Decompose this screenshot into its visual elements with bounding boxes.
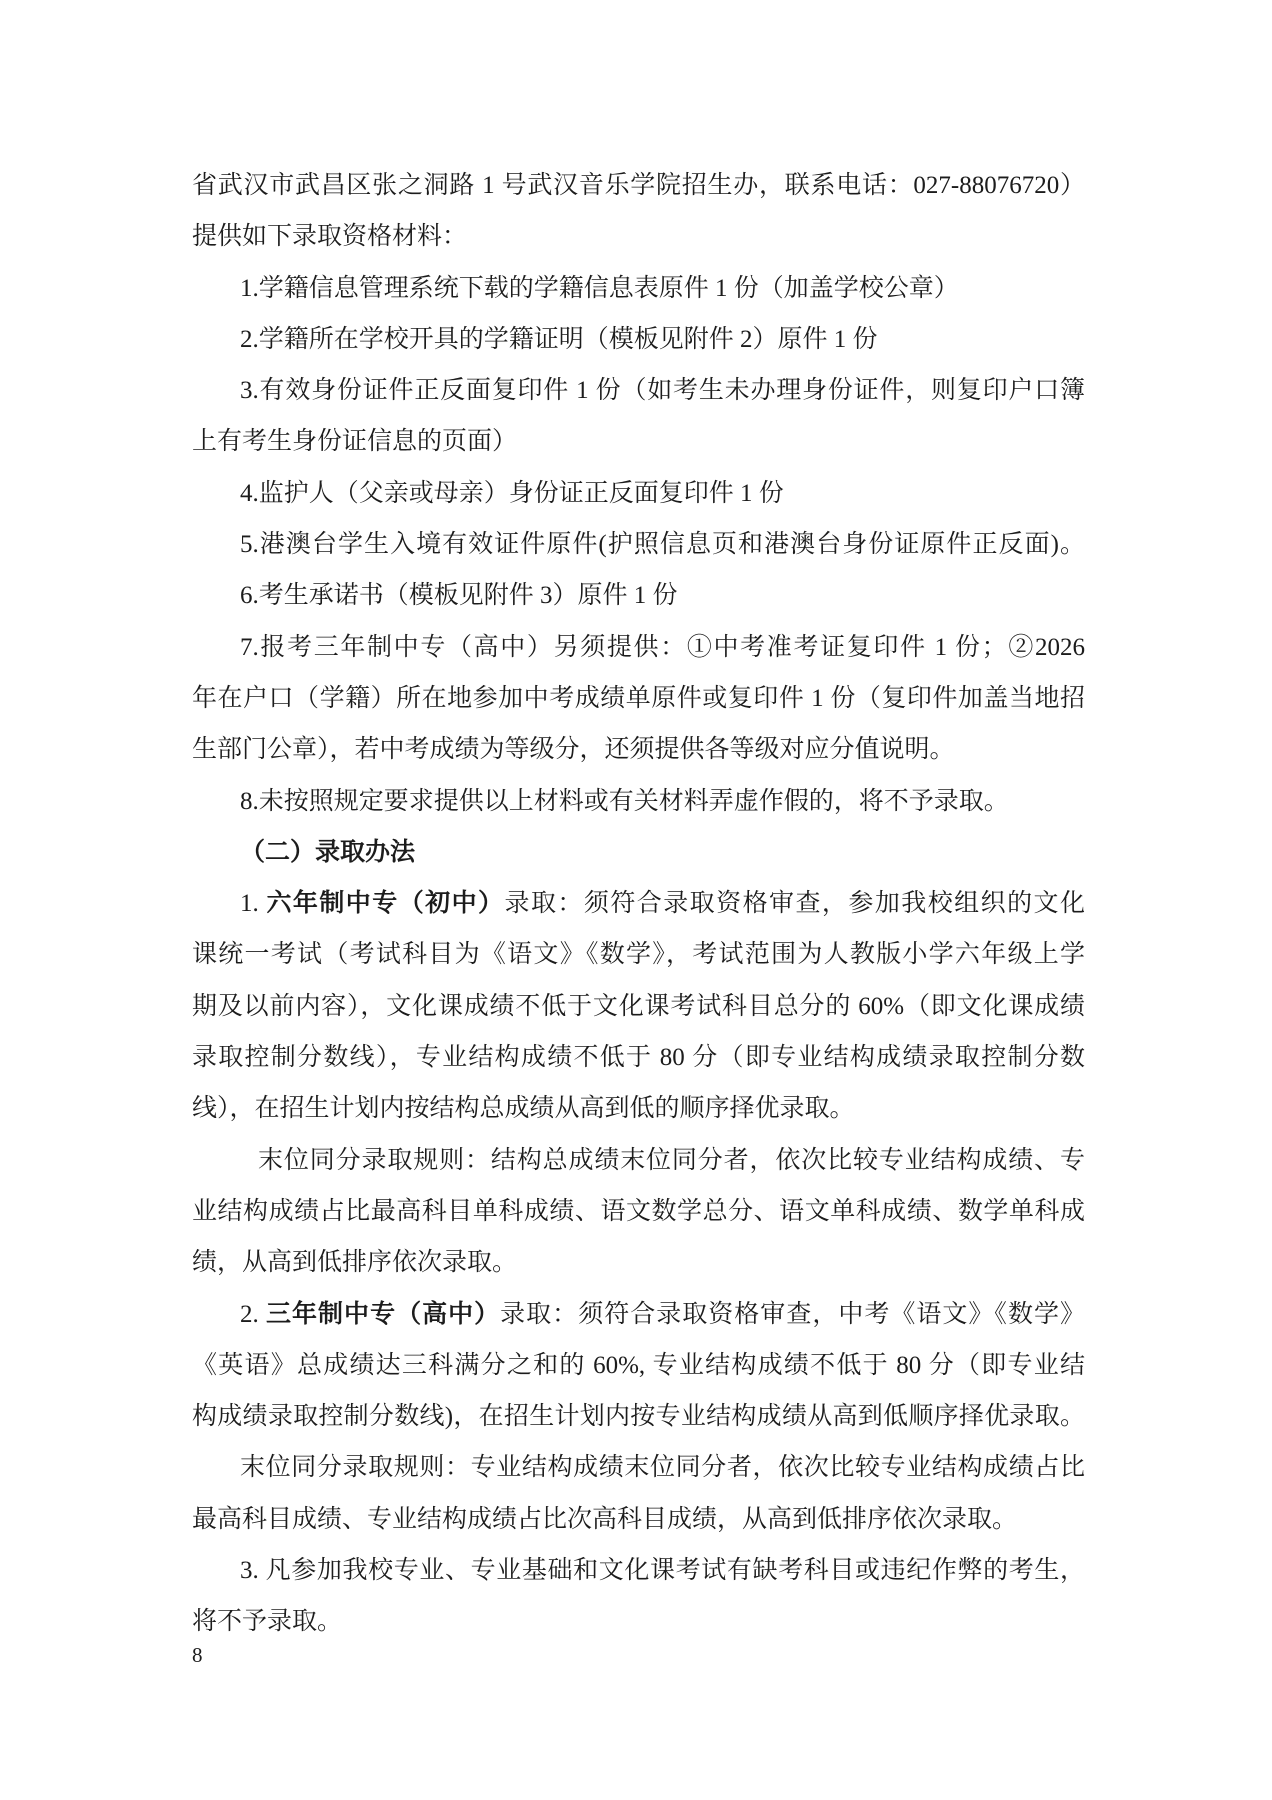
text-line: 期及以前内容），文化课成绩不低于文化课考试科目总分的 60%（即文化课成绩 xyxy=(192,981,1085,1032)
text-line: 录取控制分数线），专业结构成绩不低于 80 分（即专业结构成绩录取控制分数 xyxy=(192,1032,1085,1083)
text-run: 录取控制分数线），专业结构成绩不低于 80 分（即专业结构成绩录取控制分数 xyxy=(192,1044,1085,1071)
text-line: 2.学籍所在学校开具的学籍证明（模板见附件 2）原件 1 份 xyxy=(192,314,1085,365)
text-run: 《英语》总成绩达三科满分之和的 60%, 专业结构成绩不低于 80 分（即专业结 xyxy=(192,1352,1085,1379)
text-line: 线），在招生计划内按结构总成绩从高到低的顺序择优录取。 xyxy=(192,1083,1085,1134)
text-run: 录取：须符合录取资格审查，参加我校组织的文化 xyxy=(505,890,1085,917)
text-run: 将不予录取。 xyxy=(192,1608,342,1635)
text-run: 线），在招生计划内按结构总成绩从高到低的顺序择优录取。 xyxy=(192,1095,855,1122)
text-run: 3. 凡参加我校专业、专业基础和文化课考试有缺考科目或违纪作弊的考生， xyxy=(240,1557,1085,1584)
text-run: 1.学籍信息管理系统下载的学籍信息表原件 1 份（加盖学校公章） xyxy=(240,275,959,302)
text-run: 期及以前内容），文化课成绩不低于文化课考试科目总分的 60%（即文化课成绩 xyxy=(192,993,1085,1020)
text-run: 6.考生承诺书（模板见附件 3）原件 1 份 xyxy=(240,582,678,609)
document-page: 省武汉市武昌区张之洞路 1 号武汉音乐学院招生办，联系电话：027-880767… xyxy=(0,0,1272,1800)
bold-text-run: （二）录取办法 xyxy=(240,839,415,866)
text-run: 最高科目成绩、专业结构成绩占比次高科目成绩，从高到低排序依次录取。 xyxy=(192,1506,1017,1533)
text-line: 6.考生承诺书（模板见附件 3）原件 1 份 xyxy=(192,570,1085,621)
text-run: 省武汉市武昌区张之洞路 1 号武汉音乐学院招生办，联系电话：027-880767… xyxy=(192,172,1085,199)
text-run: 4.监护人（父亲或母亲）身份证正反面复印件 1 份 xyxy=(240,480,784,507)
text-run: 录取：须符合录取资格审查，中考《语文》《数学》 xyxy=(500,1301,1085,1328)
text-line: 3. 凡参加我校专业、专业基础和文化课考试有缺考科目或违纪作弊的考生， xyxy=(192,1545,1085,1596)
text-line: 末位同分录取规则：专业结构成绩末位同分者，依次比较专业结构成绩占比 xyxy=(192,1442,1085,1493)
text-line: 7.报考三年制中专（高中）另须提供：①中考准考证复印件 1 份；②2026 xyxy=(192,622,1085,673)
text-run: 5.港澳台学生入境有效证件原件(护照信息页和港澳台身份证原件正反面)。 xyxy=(240,531,1085,558)
text-line: 年在户口（学籍）所在地参加中考成绩单原件或复印件 1 份（复印件加盖当地招 xyxy=(192,673,1085,724)
text-run: 8.未按照规定要求提供以上材料或有关材料弄虚作假的，将不予录取。 xyxy=(240,788,1009,815)
text-line: 1. 六年制中专（初中）录取：须符合录取资格审查，参加我校组织的文化 xyxy=(192,878,1085,929)
page-number: 8 xyxy=(192,1642,203,1668)
text-run: 3.有效身份证件正反面复印件 1 份（如考生未办理身份证件，则复印户口簿 xyxy=(240,377,1085,404)
text-line: 提供如下录取资格材料： xyxy=(192,211,1085,262)
text-run: 提供如下录取资格材料： xyxy=(192,223,467,250)
text-run: 上有考生身份证信息的页面） xyxy=(192,428,517,455)
text-line: 3.有效身份证件正反面复印件 1 份（如考生未办理身份证件，则复印户口簿 xyxy=(192,365,1085,416)
bold-text-run: 六年制中专（初中） xyxy=(266,890,504,917)
text-line: 最高科目成绩、专业结构成绩占比次高科目成绩，从高到低排序依次录取。 xyxy=(192,1494,1085,1545)
text-line: 将不予录取。 xyxy=(192,1596,1085,1647)
text-line: 绩，从高到低排序依次录取。 xyxy=(192,1237,1085,1288)
text-line: 4.监护人（父亲或母亲）身份证正反面复印件 1 份 xyxy=(192,468,1085,519)
text-line: 上有考生身份证信息的页面） xyxy=(192,416,1085,467)
text-run: 2. xyxy=(240,1301,266,1328)
text-run: 年在户口（学籍）所在地参加中考成绩单原件或复印件 1 份（复印件加盖当地招 xyxy=(192,685,1085,712)
text-run: 1. xyxy=(240,890,266,917)
text-line: （二）录取办法 xyxy=(192,827,1085,878)
text-line: 课统一考试（考试科目为《语文》《数学》，考试范围为人教版小学六年级上学 xyxy=(192,929,1085,980)
text-run: 课统一考试（考试科目为《语文》《数学》，考试范围为人教版小学六年级上学 xyxy=(192,941,1085,968)
text-run: 构成绩录取控制分数线)，在招生计划内按专业结构成绩从高到低顺序择优录取。 xyxy=(192,1403,1085,1430)
text-line: 1.学籍信息管理系统下载的学籍信息表原件 1 份（加盖学校公章） xyxy=(192,263,1085,314)
text-line: 生部门公章），若中考成绩为等级分，还须提供各等级对应分值说明。 xyxy=(192,724,1085,775)
text-block: 省武汉市武昌区张之洞路 1 号武汉音乐学院招生办，联系电话：027-880767… xyxy=(192,160,1085,1648)
text-run: 7.报考三年制中专（高中）另须提供：①中考准考证复印件 1 份；②2026 xyxy=(240,634,1085,661)
text-run: 业结构成绩占比最高科目单科成绩、语文数学总分、语文单科成绩、数学单科成 xyxy=(192,1198,1085,1225)
text-line: 《英语》总成绩达三科满分之和的 60%, 专业结构成绩不低于 80 分（即专业结 xyxy=(192,1340,1085,1391)
text-run: 2.学籍所在学校开具的学籍证明（模板见附件 2）原件 1 份 xyxy=(240,326,878,353)
text-line: 省武汉市武昌区张之洞路 1 号武汉音乐学院招生办，联系电话：027-880767… xyxy=(192,160,1085,211)
text-run: 末位同分录取规则：专业结构成绩末位同分者，依次比较专业结构成绩占比 xyxy=(240,1454,1085,1481)
text-run: 生部门公章），若中考成绩为等级分，还须提供各等级对应分值说明。 xyxy=(192,736,955,763)
text-line: 8.未按照规定要求提供以上材料或有关材料弄虚作假的，将不予录取。 xyxy=(192,776,1085,827)
text-run: 末位同分录取规则：结构总成绩末位同分者，依次比较专业结构成绩、专 xyxy=(258,1147,1085,1174)
bold-text-run: 三年制中专（高中） xyxy=(266,1301,500,1328)
text-line: 5.港澳台学生入境有效证件原件(护照信息页和港澳台身份证原件正反面)。 xyxy=(192,519,1085,570)
text-line: 业结构成绩占比最高科目单科成绩、语文数学总分、语文单科成绩、数学单科成 xyxy=(192,1186,1085,1237)
text-line: 2. 三年制中专（高中）录取：须符合录取资格审查，中考《语文》《数学》 xyxy=(192,1289,1085,1340)
text-run: 绩，从高到低排序依次录取。 xyxy=(192,1249,517,1276)
text-line: 末位同分录取规则：结构总成绩末位同分者，依次比较专业结构成绩、专 xyxy=(192,1135,1085,1186)
text-line: 构成绩录取控制分数线)，在招生计划内按专业结构成绩从高到低顺序择优录取。 xyxy=(192,1391,1085,1442)
